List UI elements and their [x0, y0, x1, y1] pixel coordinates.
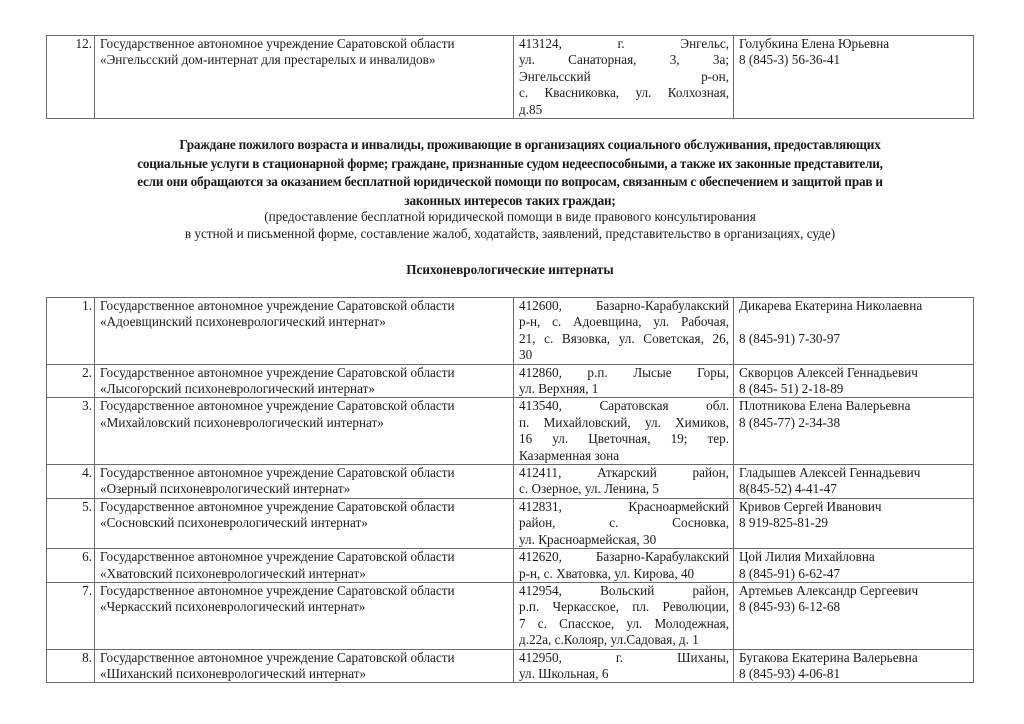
- address-line: 412411, Аткарский район,: [519, 465, 729, 481]
- contact: Голубкина Елена Юрьевна8 (845-3) 56-36-4…: [734, 36, 974, 119]
- organization-name-line: Государственное автономное учреждение Са…: [100, 365, 509, 381]
- organization-name: Государственное автономное учреждение Са…: [95, 465, 514, 499]
- contact-phone: 8 (845- 51) 2-18-89: [739, 381, 969, 397]
- address-line: ул. Красноармейская, 30: [519, 532, 729, 548]
- row-number: 5.: [47, 498, 95, 548]
- row-number: 3.: [47, 398, 95, 465]
- address-line: 413124, г. Энгельс,: [519, 36, 729, 52]
- category-heading: Граждане пожилого возраста и инвалиды, п…: [40, 136, 980, 210]
- organization-name-line: Государственное автономное учреждение Са…: [100, 499, 509, 515]
- section-title: Психоневрологические интернаты: [40, 262, 980, 278]
- row-number: 2.: [47, 364, 95, 398]
- organization-name-line: «Хватовский психоневрологический интерна…: [100, 566, 509, 582]
- table-row: 2.Государственное автономное учреждение …: [47, 364, 974, 398]
- address-line: д.85: [519, 102, 729, 118]
- table-row: 12.Государственное автономное учреждение…: [47, 36, 974, 119]
- contact-name: Артемьев Александр Сергеевич: [739, 583, 969, 599]
- table-row: 8.Государственное автономное учреждение …: [47, 649, 974, 683]
- organization-name-line: Государственное автономное учреждение Са…: [100, 36, 509, 52]
- address-line: с. Квасниковка, ул. Колхозная,: [519, 85, 729, 101]
- table-row: 4.Государственное автономное учреждение …: [47, 465, 974, 499]
- address-line: ул. Школьная, 6: [519, 666, 729, 682]
- address: 413540, Саратовская обл.п. Михайловский,…: [514, 398, 734, 465]
- table-row: 6.Государственное автономное учреждение …: [47, 549, 974, 583]
- contact: Дикарева Екатерина Николаевна8 (845-91) …: [734, 298, 974, 365]
- address-line: 412954, Вольский район,: [519, 583, 729, 599]
- organization-name-line: Государственное автономное учреждение Са…: [100, 650, 509, 666]
- organization-name-line: «Адоевщинский психоневрологический интер…: [100, 314, 509, 330]
- contact: Артемьев Александр Сергеевич8 (845-93) 6…: [734, 582, 974, 649]
- psychoneurological-institutions-table: 1.Государственное автономное учреждение …: [46, 297, 974, 683]
- address-line: 412620, Базарно-Карабулакский: [519, 549, 729, 565]
- institutions-table-continued: 12.Государственное автономное учреждение…: [46, 35, 974, 119]
- row-number: 1.: [47, 298, 95, 365]
- contact: Скворцов Алексей Геннадьевич8 (845- 51) …: [734, 364, 974, 398]
- address-line: 30: [519, 347, 729, 363]
- organization-name-line: Государственное автономное учреждение Са…: [100, 398, 509, 414]
- contact-name: Дикарева Екатерина Николаевна: [739, 298, 969, 314]
- address-line: 412831, Красноармейский: [519, 499, 729, 515]
- address-line: район, с. Сосновка,: [519, 515, 729, 531]
- contact-name: Кривов Сергей Иванович: [739, 499, 969, 515]
- organization-name: Государственное автономное учреждение Са…: [95, 582, 514, 649]
- address: 412620, Базарно-Карабулакскийр-н, с. Хва…: [514, 549, 734, 583]
- contact-phone: 8 (845-93) 4-06-81: [739, 666, 969, 682]
- organization-name-line: «Сосновский психоневрологический интерна…: [100, 515, 509, 531]
- table-row: 1.Государственное автономное учреждение …: [47, 298, 974, 365]
- organization-name: Государственное автономное учреждение Са…: [95, 298, 514, 365]
- organization-name-line: Государственное автономное учреждение Са…: [100, 465, 509, 481]
- contact-name: Скворцов Алексей Геннадьевич: [739, 365, 969, 381]
- address-line: Энгельсский р-он,: [519, 69, 729, 85]
- heading-line: Граждане пожилого возраста и инвалиды, п…: [40, 136, 980, 155]
- organization-name-line: Государственное автономное учреждение Са…: [100, 549, 509, 565]
- address-line: 16 ул. Цветочная, 19; тер.: [519, 431, 729, 447]
- address: 412600, Базарно-Карабулакскийр-н, с. Адо…: [514, 298, 734, 365]
- table-row: 3.Государственное автономное учреждение …: [47, 398, 974, 465]
- address-line: 412860, р.п. Лысые Горы,: [519, 365, 729, 381]
- heading-line: если они обращаются за оказанием бесплат…: [40, 173, 980, 192]
- address: 412950, г. Шиханы,ул. Школьная, 6: [514, 649, 734, 683]
- table-row: 5.Государственное автономное учреждение …: [47, 498, 974, 548]
- contact-phone: 8 919-825-81-29: [739, 515, 969, 531]
- service-description: (предоставление бесплатной юридической п…: [40, 208, 980, 242]
- contact: Кривов Сергей Иванович8 919-825-81-29: [734, 498, 974, 548]
- address-line: п. Михайловский, ул. Химиков,: [519, 415, 729, 431]
- contact-name: Гладышев Алексей Геннадьевич: [739, 465, 969, 481]
- address-line: 21, с. Вязовка, ул. Советская, 26,: [519, 331, 729, 347]
- organization-name-line: «Шиханский психоневрологический интернат…: [100, 666, 509, 682]
- organization-name: Государственное автономное учреждение Са…: [95, 398, 514, 465]
- contact-name: Плотникова Елена Валерьевна: [739, 398, 969, 414]
- organization-name-line: «Энгельсский дом-интернат для престарелы…: [100, 52, 509, 68]
- address-line: р-н, с. Адоевщина, ул. Рабочая,: [519, 314, 729, 330]
- address-line: 412950, г. Шиханы,: [519, 650, 729, 666]
- contact: Плотникова Елена Валерьевна8 (845-77) 2-…: [734, 398, 974, 465]
- contact-phone: 8 (845-93) 6-12-68: [739, 599, 969, 615]
- row-number: 8.: [47, 649, 95, 683]
- contact-phone: 8 (845-91) 6-62-47: [739, 566, 969, 582]
- contact-name: Бугакова Екатерина Валерьевна: [739, 650, 969, 666]
- table-row: 7.Государственное автономное учреждение …: [47, 582, 974, 649]
- contact-name: Голубкина Елена Юрьевна: [739, 36, 969, 52]
- address-line: р-н, с. Хватовка, ул. Кирова, 40: [519, 566, 729, 582]
- address-line: 7 с. Спасское, ул. Молодежная,: [519, 616, 729, 632]
- contact-phone: 8(845-52) 4-41-47: [739, 481, 969, 497]
- organization-name-line: Государственное автономное учреждение Са…: [100, 583, 509, 599]
- address: 413124, г. Энгельс,ул. Санаторная, 3, 3а…: [514, 36, 734, 119]
- contact-phone: 8 (845-77) 2-34-38: [739, 415, 969, 431]
- contact-name: Цой Лилия Михайловна: [739, 549, 969, 565]
- address-line: ул. Верхняя, 1: [519, 381, 729, 397]
- organization-name-line: «Михайловский психоневрологический интер…: [100, 415, 509, 431]
- address-line: 413540, Саратовская обл.: [519, 398, 729, 414]
- organization-name: Государственное автономное учреждение Са…: [95, 549, 514, 583]
- address-line: ул. Санаторная, 3, 3а;: [519, 52, 729, 68]
- organization-name: Государственное автономное учреждение Са…: [95, 364, 514, 398]
- row-number: 12.: [47, 36, 95, 119]
- organization-name-line: «Лысогорский психоневрологический интерн…: [100, 381, 509, 397]
- address-line: с. Озерное, ул. Ленина, 5: [519, 481, 729, 497]
- contact-phone: 8 (845-3) 56-36-41: [739, 52, 969, 68]
- contact-phone: 8 (845-91) 7-30-97: [739, 331, 969, 347]
- heading-line: социальные услуги в стационарной форме; …: [40, 155, 980, 174]
- row-number: 4.: [47, 465, 95, 499]
- description-line: в устной и письменной форме, составление…: [40, 225, 980, 242]
- address-line: р.п. Черкасское, пл. Революции,: [519, 599, 729, 615]
- organization-name: Государственное автономное учреждение Са…: [95, 36, 514, 119]
- organization-name-line: «Озерный психоневрологический интернат»: [100, 481, 509, 497]
- description-line: (предоставление бесплатной юридической п…: [40, 208, 980, 225]
- organization-name-line: Государственное автономное учреждение Са…: [100, 298, 509, 314]
- contact: Гладышев Алексей Геннадьевич8(845-52) 4-…: [734, 465, 974, 499]
- organization-name: Государственное автономное учреждение Са…: [95, 498, 514, 548]
- address-line: 412600, Базарно-Карабулакский: [519, 298, 729, 314]
- address: 412411, Аткарский район,с. Озерное, ул. …: [514, 465, 734, 499]
- contact: Бугакова Екатерина Валерьевна8 (845-93) …: [734, 649, 974, 683]
- address: 412860, р.п. Лысые Горы,ул. Верхняя, 1: [514, 364, 734, 398]
- organization-name: Государственное автономное учреждение Са…: [95, 649, 514, 683]
- address: 412831, Красноармейскийрайон, с. Сосновк…: [514, 498, 734, 548]
- row-number: 7.: [47, 582, 95, 649]
- contact: Цой Лилия Михайловна8 (845-91) 6-62-47: [734, 549, 974, 583]
- organization-name-line: «Черкасский психоневрологический интерна…: [100, 599, 509, 615]
- address: 412954, Вольский район,р.п. Черкасское, …: [514, 582, 734, 649]
- row-number: 6.: [47, 549, 95, 583]
- address-line: Казарменная зона: [519, 448, 729, 464]
- address-line: д.22а, с.Колояр, ул.Садовая, д. 1: [519, 632, 729, 648]
